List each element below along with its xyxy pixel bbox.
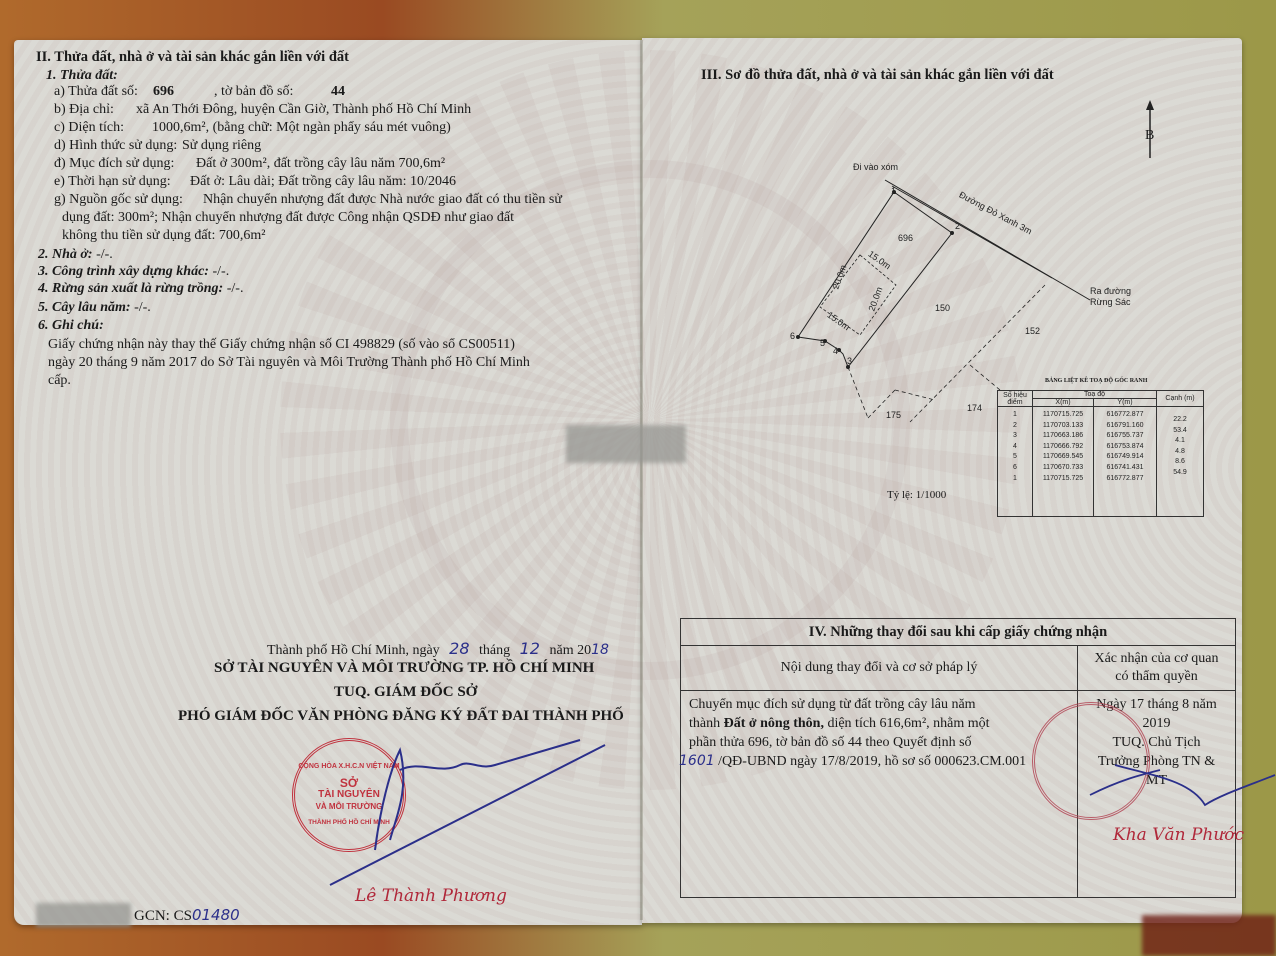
coord-point: 1 <box>1001 474 1029 485</box>
signature-scribble <box>320 730 640 890</box>
redacted-label <box>36 903 131 927</box>
item-other-construction: 3. Công trình xây dựng khác: -/-. <box>38 263 229 281</box>
note-heading: 6. Ghi chú: <box>38 317 104 335</box>
north-label: B <box>1145 127 1154 145</box>
coord-x: 1170669.545 <box>1036 452 1090 463</box>
signer-name: Lê Thành Phương <box>355 887 507 905</box>
origin-line-3: không thu tiền sử dụng đất: 700,6m² <box>62 227 266 245</box>
note-line-3: cấp. <box>48 372 71 390</box>
redacted-corner <box>1142 915 1276 956</box>
usage-form-value: Sử dụng riêng <box>182 137 261 155</box>
coord-x: 1170715.725 <box>1036 410 1090 421</box>
coord-point: 4 <box>1001 442 1029 453</box>
address-value: xã An Thới Đông, huyện Cần Giờ, Thành ph… <box>136 101 471 119</box>
changes-content: Chuyển mục đích sử dụng từ đất trồng cây… <box>681 691 1077 775</box>
coord-edge: 4.8 <box>1160 447 1200 458</box>
coord-y: 616772.877 <box>1097 410 1153 421</box>
page-fold <box>640 40 643 920</box>
point-3: 3 <box>847 356 852 366</box>
parcel-150-label: 150 <box>935 303 950 313</box>
parcel-174-label: 174 <box>967 403 982 413</box>
coord-y: 616753.874 <box>1097 442 1153 453</box>
usage-term-value: Đất ở: Lâu dài; Đất trồng cây lâu năm: 1… <box>190 173 456 191</box>
coord-y: 616749.914 <box>1097 452 1153 463</box>
changes-col2-header: Xác nhận của cơ quancó thẩm quyền <box>1078 646 1235 691</box>
item-production-forest: 4. Rừng sản xuất là rừng trồng: -/-. <box>38 280 243 298</box>
coord-x: 1170703.133 <box>1036 421 1090 432</box>
coord-edge: 4.1 <box>1160 436 1200 447</box>
origin-line-1: Nhận chuyển nhượng đất được Nhà nước gia… <box>203 191 562 209</box>
coord-point: 6 <box>1001 463 1029 474</box>
note-line-1: Giấy chứng nhận này thay thế Giấy chứng … <box>48 336 515 354</box>
parcel-696-label: 696 <box>898 233 913 243</box>
map-sheet-value: 44 <box>331 83 345 101</box>
section-ii-title: II. Thửa đất, nhà ở và tài sản khác gắn … <box>36 48 349 66</box>
coord-edge: 22.2 <box>1160 415 1200 426</box>
coord-y: 616741.431 <box>1097 463 1153 474</box>
coord-x: 1170663.186 <box>1036 431 1090 442</box>
coord-x: 1170715.725 <box>1036 474 1090 485</box>
coord-point: 5 <box>1001 452 1029 463</box>
usage-term-label: e) Thời hạn sử dụng: <box>54 173 171 191</box>
coord-y: 616772.877 <box>1097 474 1153 485</box>
parcel-number-value: 696 <box>153 83 174 101</box>
usage-purpose-label: đ) Mục đích sử dụng: <box>54 155 174 173</box>
origin-label: g) Nguồn gốc sử dụng: <box>54 191 183 209</box>
issue-date: Thành phố Hồ Chí Minh, ngày 28 tháng 12 … <box>267 640 609 660</box>
coord-point: 3 <box>1001 431 1029 442</box>
coord-point: 2 <box>1001 421 1029 432</box>
issue-day: 28 <box>449 639 469 658</box>
issuing-authority: SỞ TÀI NGUYÊN VÀ MÔI TRƯỜNG TP. HỒ CHÍ M… <box>214 659 594 677</box>
usage-purpose-value: Đất ở 300m², đất trồng cây lâu năm 700,6… <box>196 155 445 173</box>
coord-x: 1170666.792 <box>1036 442 1090 453</box>
coord-edge: 8.6 <box>1160 457 1200 468</box>
map-label-exit-1: Ra đường <box>1090 286 1131 296</box>
area-label: c) Diện tích: <box>54 119 124 137</box>
coord-edge: 54.9 <box>1160 468 1200 479</box>
map-sheet-label: , tờ bản đồ số: <box>214 83 293 101</box>
point-4: 4 <box>833 346 838 356</box>
issue-year: 18 <box>591 642 609 658</box>
address-label: b) Địa chỉ: <box>54 101 114 119</box>
item-perennial-trees: 5. Cây lâu năm: -/-. <box>38 299 151 317</box>
confirm-signer-name: Kha Văn Phước <box>1113 826 1244 844</box>
issue-month: 12 <box>520 639 540 658</box>
map-scale: Tỷ lệ: 1/1000 <box>887 486 946 504</box>
point-2: 2 <box>955 221 960 231</box>
area-value: 1000,6m², (bằng chữ: Một ngàn phẩy sáu m… <box>152 119 451 137</box>
parcel-175-label: 175 <box>886 410 901 420</box>
coord-y: 616791.160 <box>1097 421 1153 432</box>
changes-title: IV. Những thay đổi sau khi cấp giấy chứn… <box>681 619 1235 646</box>
coordinates-table: Số hiệu điểm Toạ độ Cạnh (m) X(m) Y(m) 1… <box>997 390 1204 517</box>
changes-col1-header: Nội dung thay đổi và cơ sở pháp lý <box>681 646 1077 691</box>
parcel-152-label: 152 <box>1025 326 1040 336</box>
redacted-area <box>566 425 686 463</box>
confirm-signature-scribble <box>1080 720 1276 820</box>
on-behalf-title: TUQ. GIÁM ĐỐC SỞ <box>334 683 477 701</box>
origin-line-2: dụng đất: 300m²; Nhận chuyển nhượng đất … <box>62 209 514 227</box>
parcel-number-label: a) Thửa đất số: <box>54 83 138 101</box>
coord-edge: 53.4 <box>1160 426 1200 437</box>
deputy-title: PHÓ GIÁM ĐỐC VĂN PHÒNG ĐĂNG KÝ ĐẤT ĐAI T… <box>178 707 624 725</box>
map-label-to-village: Đi vào xóm <box>853 162 898 172</box>
certificate-number: GCN: CS01480 <box>134 906 240 925</box>
map-label-exit-2: Rừng Sác <box>1090 297 1131 307</box>
coord-x: 1170670.733 <box>1036 463 1090 474</box>
point-6: 6 <box>790 331 795 341</box>
point-5: 5 <box>820 338 825 348</box>
point-1: 1 <box>891 186 896 196</box>
usage-form-label: d) Hình thức sử dụng: <box>54 137 177 155</box>
section-iii-title: III. Sơ đồ thửa đất, nhà ở và tài sản kh… <box>701 66 1054 84</box>
note-line-2: ngày 20 tháng 9 năm 2017 do Sở Tài nguyê… <box>48 354 530 372</box>
coord-point: 1 <box>1001 410 1029 421</box>
coord-y: 616755.737 <box>1097 431 1153 442</box>
coords-table-title: BẢNG LIỆT KÊ TOẠ ĐỘ GÓC RANH <box>1045 378 1147 384</box>
item-house: 2. Nhà ở: -/-. <box>38 246 113 264</box>
